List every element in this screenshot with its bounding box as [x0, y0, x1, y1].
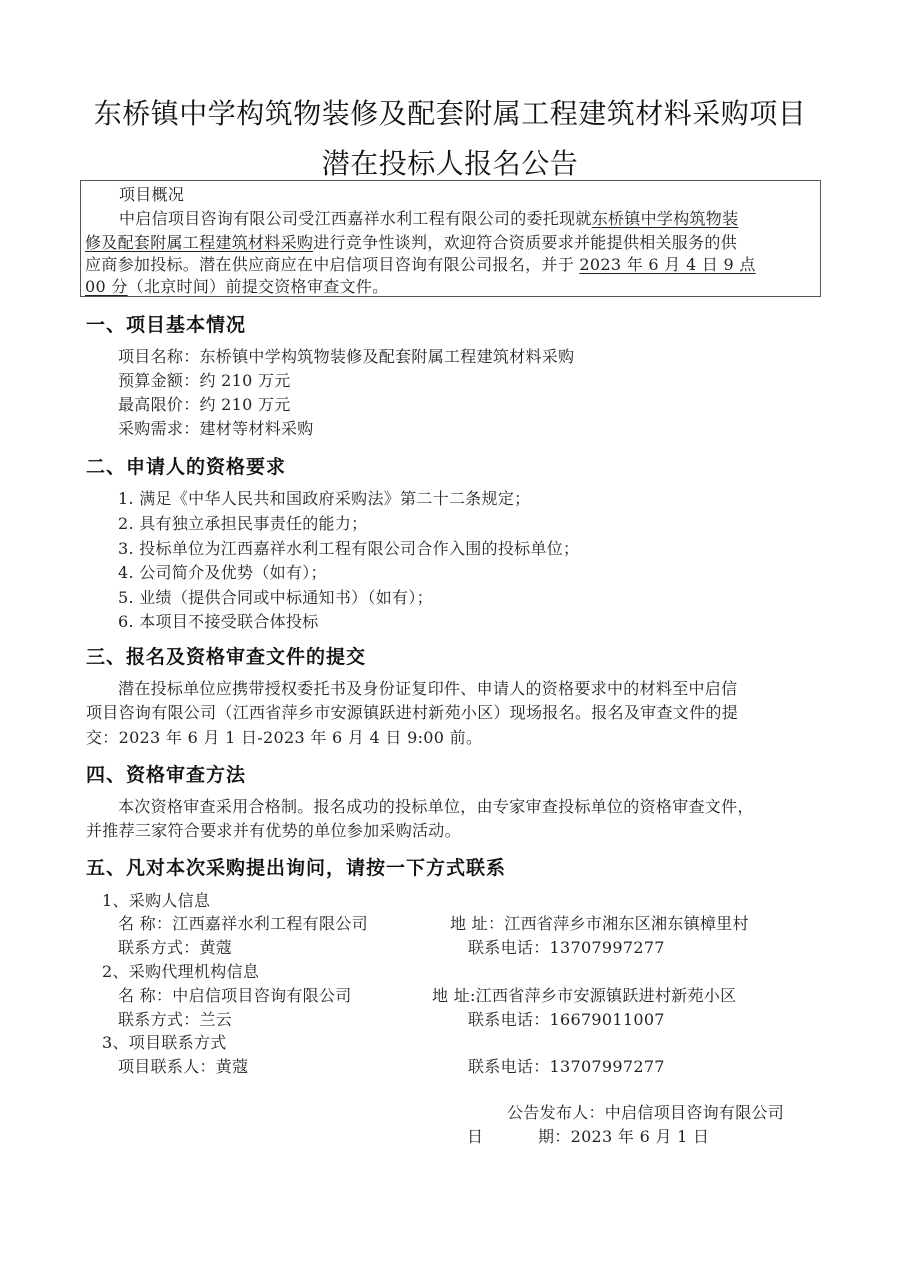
publish-date: 期：2023 年 6 月 1 日: [538, 1125, 709, 1149]
date-label-left: 日: [467, 1125, 483, 1149]
requirement-item: 1. 满足《中华人民共和国政府采购法》第二十二条规定；: [118, 487, 530, 511]
purchaser-name: 名 称：江西嘉祥水利工程有限公司: [118, 912, 368, 936]
section3-heading: 三、报名及资格审查文件的提交: [86, 642, 366, 669]
project-name-underlined: 东桥镇中学构筑物装: [592, 209, 739, 228]
project-name-underlined: 修及配套附属工程建筑材料采购: [85, 233, 313, 252]
max-price: 最高限价：约 210 万元: [118, 393, 291, 417]
agency-label: 2、采购代理机构信息: [102, 960, 259, 984]
project-contact-phone: 联系电话：13707997277: [468, 1055, 665, 1079]
requirement-item: 3. 投标单位为江西嘉祥水利工程有限公司合作入围的投标单位；: [118, 537, 579, 561]
requirement-item: 4. 公司简介及优势（如有）；: [118, 561, 327, 585]
project-contact-label: 3、项目联系方式: [102, 1031, 227, 1055]
overview-text: 应商参加投标。潜在供应商应在中启信项目咨询有限公司报名，并于: [85, 255, 574, 274]
requirement-item: 2. 具有独立承担民事责任的能力；: [118, 512, 367, 536]
purchase-requirement: 采购需求：建材等材料采购: [118, 417, 314, 441]
project-contact-person: 项目联系人：黄蔻: [118, 1055, 248, 1079]
overview-line-1: 中启信项目咨询有限公司受江西嘉祥水利工程有限公司的委托现就东桥镇中学构筑物装: [119, 207, 738, 231]
section1-heading: 一、项目基本情况: [86, 310, 246, 337]
submission-text: 潜在投标单位应携带授权委托书及身份证复印件、申请人的资格要求中的材料至中启信: [118, 677, 737, 701]
budget-amount: 预算金额：约 210 万元: [118, 369, 291, 393]
submission-text: 项目咨询有限公司（江西省萍乡市安源镇跃进村新苑小区）现场报名。报名及审查文件的提: [86, 701, 738, 725]
deadline-underlined: 2023 年 6 月 4 日 9 点: [579, 255, 755, 274]
section5-heading: 五、凡对本次采购提出询问，请按一下方式联系: [86, 853, 506, 880]
overview-heading: 项目概况: [119, 183, 184, 207]
agency-address: 地 址:江西省萍乡市安源镇跃进村新苑小区: [432, 984, 736, 1008]
document-title-line2: 潜在投标人报名公告: [0, 142, 900, 182]
review-method-text: 并推荐三家符合要求并有优势的单位参加采购活动。: [86, 819, 461, 843]
purchaser-contact: 联系方式：黄蔻: [118, 936, 232, 960]
purchaser-label: 1、采购人信息: [102, 889, 210, 913]
agency-name: 名 称：中启信项目咨询有限公司: [118, 984, 352, 1008]
overview-line-3: 应商参加投标。潜在供应商应在中启信项目咨询有限公司报名，并于 2023 年 6 …: [85, 253, 756, 277]
agency-phone: 联系电话：16679011007: [468, 1008, 665, 1032]
overview-line-4: 00 分（北京时间）前提交资格审查文件。: [85, 275, 388, 299]
project-name: 项目名称：东桥镇中学构筑物装修及配套附属工程建筑材料采购: [118, 345, 574, 369]
overview-text: （北京时间）前提交资格审查文件。: [128, 277, 389, 296]
deadline-underlined: 00 分: [85, 277, 128, 296]
review-method-text: 本次资格审查采用合格制。报名成功的投标单位，由专家审查投标单位的资格审查文件，: [118, 795, 754, 819]
overview-box: 项目概况 中启信项目咨询有限公司受江西嘉祥水利工程有限公司的委托现就东桥镇中学构…: [80, 180, 821, 297]
publisher: 公告发布人：中启信项目咨询有限公司: [507, 1101, 784, 1125]
purchaser-address: 地 址：江西省萍乡市湘东区湘东镇樟里村: [450, 912, 749, 936]
section2-heading: 二、申请人的资格要求: [86, 452, 286, 479]
section4-heading: 四、资格审查方法: [86, 760, 246, 787]
overview-text: 进行竞争性谈判，欢迎符合资质要求并能提供相关服务的供: [313, 233, 737, 252]
overview-line-2: 修及配套附属工程建筑材料采购进行竞争性谈判，欢迎符合资质要求并能提供相关服务的供: [85, 231, 737, 255]
submission-text: 交：2023 年 6 月 1 日-2023 年 6 月 4 日 9:00 前。: [86, 726, 482, 750]
requirement-item: 5. 业绩（提供合同或中标通知书）（如有）；: [118, 586, 433, 610]
purchaser-phone: 联系电话：13707997277: [468, 936, 665, 960]
document-title-line1: 东桥镇中学构筑物装修及配套附属工程建筑材料采购项目: [0, 92, 900, 132]
requirement-item: 6. 本项目不接受联合体投标: [118, 610, 319, 634]
overview-text: 中启信项目咨询有限公司受江西嘉祥水利工程有限公司的委托现就: [119, 209, 592, 228]
agency-contact: 联系方式：兰云: [118, 1008, 232, 1032]
